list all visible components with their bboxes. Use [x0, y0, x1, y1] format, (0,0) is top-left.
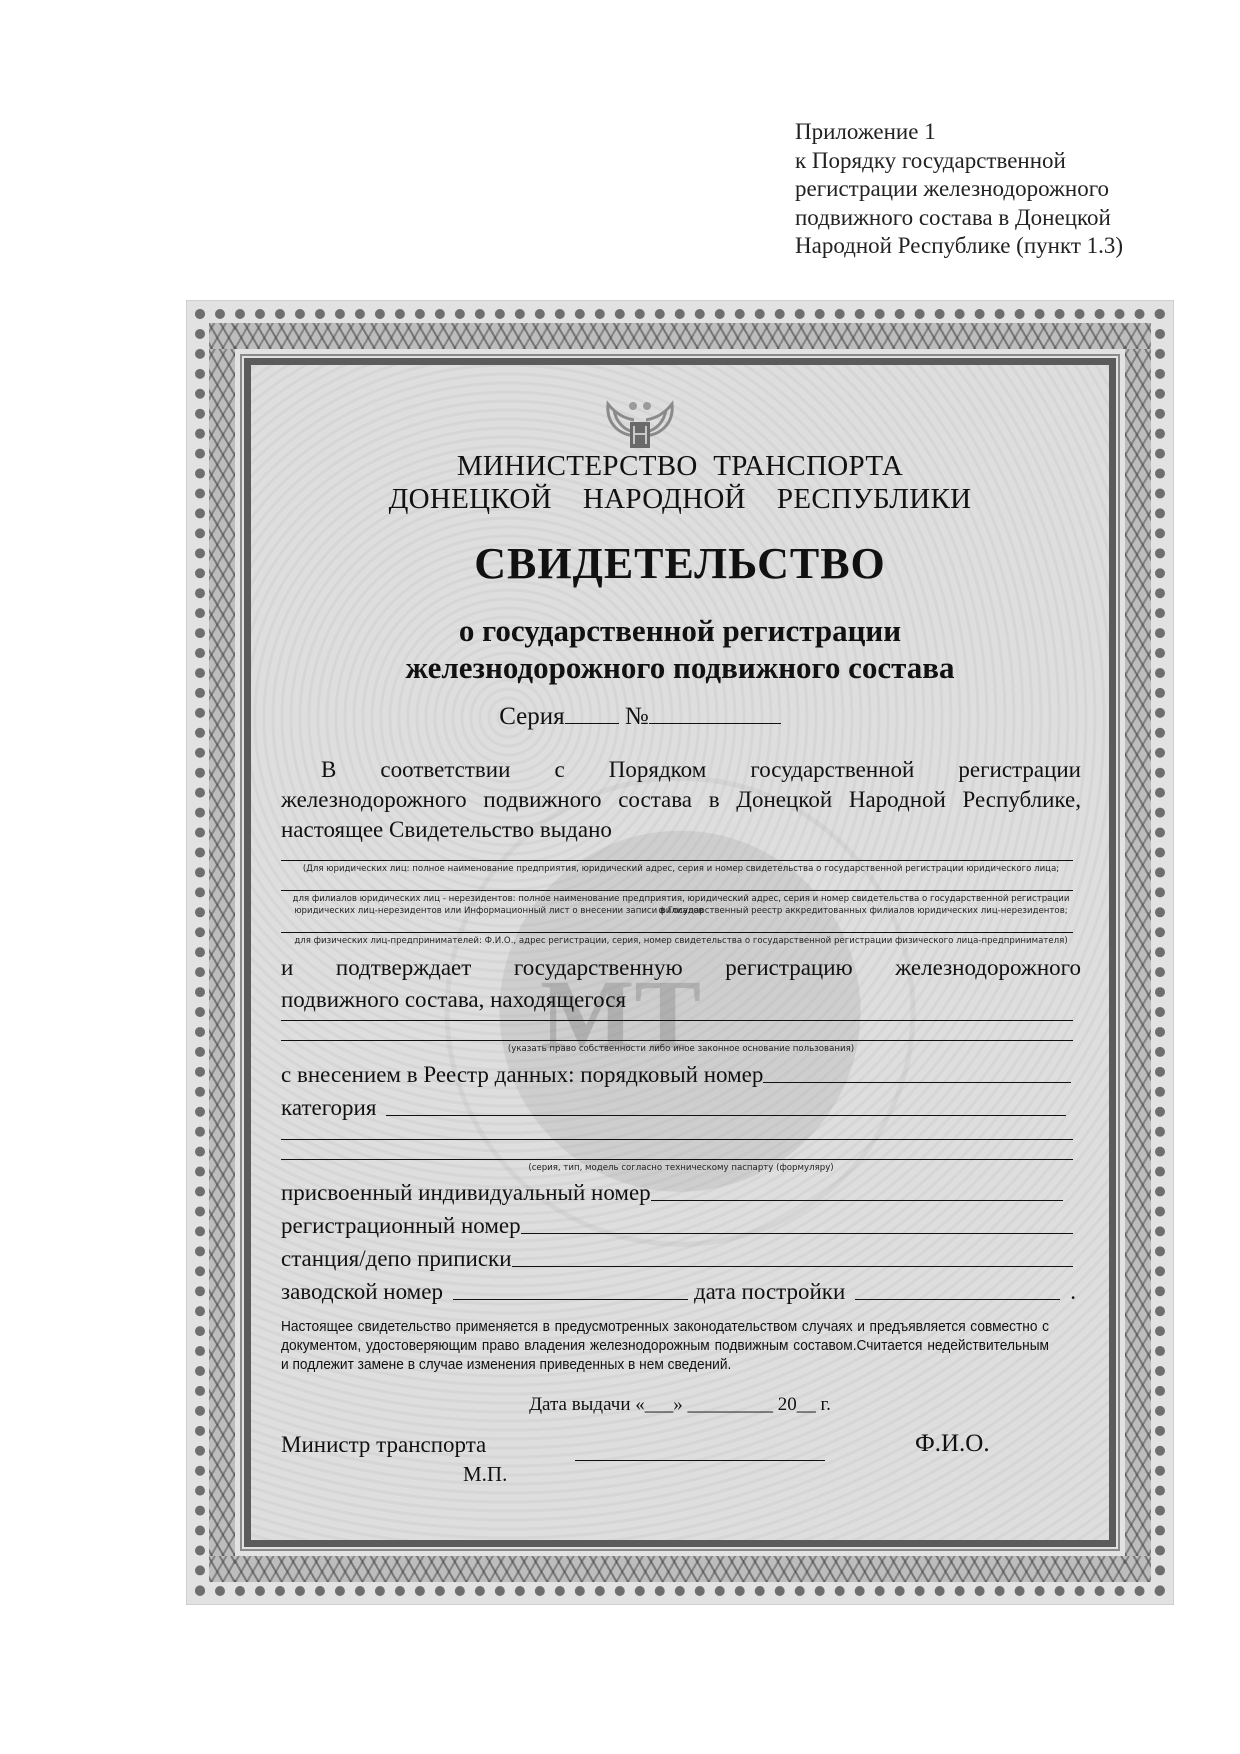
confirm-paragraph: и подтверждает государственную регистрац… — [281, 952, 1081, 1016]
registry-number-field[interactable] — [763, 1081, 1071, 1083]
factory-number-field[interactable] — [453, 1298, 688, 1300]
factory-number-label: заводской номер — [281, 1279, 443, 1305]
seal-label: М.П. — [463, 1462, 507, 1487]
ownership-field-1[interactable] — [281, 1020, 1073, 1021]
appendix-line: к Порядку государственной — [795, 147, 1175, 176]
registry-number-label: с внесением в Реестр данных: порядковый … — [281, 1062, 763, 1088]
registration-number-row: регистрационный номер — [281, 1213, 1073, 1239]
number-field[interactable] — [649, 723, 781, 724]
individual-number-field[interactable] — [651, 1199, 1063, 1201]
individual-number-row: присвоенный индивидуальный номер — [281, 1180, 1063, 1206]
category-row: категория — [281, 1095, 1066, 1121]
registry-number-row: с внесением в Реестр данных: порядковый … — [281, 1062, 1071, 1088]
issue-date: Дата выдачи «___» _________ 20__ г. — [280, 1394, 1080, 1416]
category-field[interactable] — [386, 1114, 1066, 1116]
issued-to-field-1[interactable] — [281, 860, 1073, 861]
signature-field[interactable] — [575, 1460, 825, 1461]
confirm-line-2: подвижного состава, находящегося — [281, 984, 1081, 1016]
ministry-line-2: ДОНЕЦКОЙ НАРОДНОЙ РЕСПУБЛИКИ — [280, 483, 1080, 516]
subtitle-line-1: о государственной регистрации — [280, 612, 1080, 649]
period: . — [1070, 1279, 1076, 1305]
ownership-field-2[interactable] — [281, 1040, 1073, 1041]
station-field[interactable] — [512, 1265, 1073, 1267]
category-label: категория — [281, 1095, 376, 1121]
minister-label: Министр транспорта — [281, 1432, 486, 1458]
certificate-note: Настоящее свидетельство применяется в пр… — [281, 1318, 1049, 1375]
confirm-line-1: и подтверждает государственную регистрац… — [281, 952, 1081, 984]
series-number-row: Серия № — [240, 703, 1040, 731]
intro-line-1: В соответствии с Порядком государственно… — [281, 755, 1081, 785]
registration-number-field[interactable] — [521, 1232, 1073, 1234]
hint-legal-entities: (Для юридических лиц: полное наименовани… — [281, 863, 1081, 875]
appendix-line: Народной Республике (пункт 1.3) — [795, 232, 1175, 261]
series-field[interactable] — [565, 723, 619, 724]
build-date-field[interactable] — [855, 1298, 1060, 1300]
intro-paragraph: В соответствии с Порядком государственно… — [281, 755, 1081, 845]
intro-line-3: настоящее Свидетельство выдано — [281, 815, 1081, 845]
hint-individuals: для физических лиц-предпринимателей: Ф.И… — [281, 935, 1081, 947]
name-label: Ф.И.О. — [915, 1430, 990, 1458]
registration-number-label: регистрационный номер — [281, 1213, 521, 1239]
build-date-label: дата постройки — [694, 1279, 845, 1305]
station-row: станция/депо приписки — [281, 1246, 1073, 1272]
ministry-line-1: МИНИСТЕРСТВО ТРАНСПОРТА — [280, 450, 1080, 483]
appendix-line: Приложение 1 — [795, 118, 1175, 147]
issued-to-field-3[interactable] — [281, 932, 1073, 933]
appendix-line: регистрации железнодорожного — [795, 175, 1175, 204]
issued-to-field-2[interactable] — [281, 890, 1073, 891]
number-label: № — [625, 703, 649, 730]
hint-ownership: (указать право собственности либо иное з… — [281, 1043, 1081, 1055]
appendix-line: подвижного состава в Донецкой — [795, 204, 1175, 233]
model-field-1[interactable] — [281, 1139, 1073, 1140]
hint-branches-2: юридических лиц-нерезидентов или Информа… — [281, 905, 1081, 917]
certificate-title: СВИДЕТЕЛЬСТВО — [280, 538, 1080, 589]
subtitle-line-2: железнодорожного подвижного состава — [280, 649, 1080, 686]
model-field-2[interactable] — [281, 1159, 1073, 1160]
intro-line-2: железнодорожного подвижного состава в До… — [281, 785, 1081, 815]
series-label: Серия — [499, 703, 564, 730]
station-label: станция/депо приписки — [281, 1246, 512, 1272]
hint-model: (серия, тип, модель согласно техническом… — [281, 1162, 1081, 1174]
factory-build-row: заводской номер дата постройки . — [281, 1279, 1076, 1305]
appendix-header: Приложение 1 к Порядку государственной р… — [795, 118, 1175, 261]
certificate-subtitle: о государственной регистрации железнодор… — [280, 612, 1080, 686]
individual-number-label: присвоенный индивидуальный номер — [281, 1180, 651, 1206]
ministry-name: МИНИСТЕРСТВО ТРАНСПОРТА ДОНЕЦКОЙ НАРОДНО… — [280, 450, 1080, 516]
